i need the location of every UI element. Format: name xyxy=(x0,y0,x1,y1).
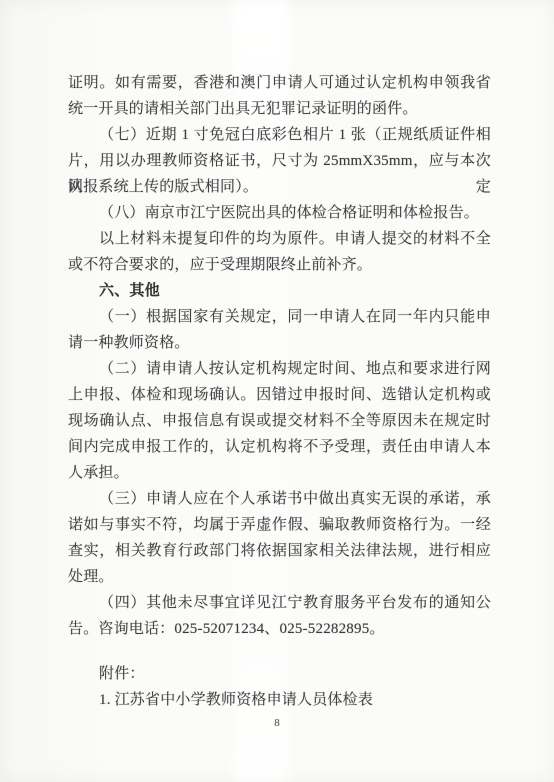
doc-text-line: 上申报、体检和现场确认。因错过申报时间、选错认定机构或 xyxy=(68,382,491,408)
doc-text-line: 统一开具的请相关部门出具无犯罪记录证明的函件。 xyxy=(68,96,491,122)
page-number: 8 xyxy=(0,717,554,729)
doc-text-line: 人承担。 xyxy=(68,460,491,486)
doc-text-line: （七）近期 1 寸免冠白底彩色相片 1 张（正规纸质证件相 xyxy=(68,122,491,148)
doc-text-line: 处理。 xyxy=(68,564,491,590)
attachment-item: 1. 江苏省中小学教师资格申请人员体检表 xyxy=(68,687,491,713)
doc-text-line: （一）根据国家有关规定，同一申请人在同一年内只能申 xyxy=(68,304,491,330)
doc-text-line: 或不符合要求的，应于受理期限终止前补齐。 xyxy=(68,252,491,278)
document-body: 证明。如有需要，香港和澳门申请人可通过认定机构申领我省 统一开具的请相关部门出具… xyxy=(68,70,491,713)
doc-text-line: 证明。如有需要，香港和澳门申请人可通过认定机构申领我省 xyxy=(68,70,491,96)
doc-text-line: 间内完成申报工作的，认定机构将不予受理，责任由申请人本 xyxy=(68,434,491,460)
doc-text-line: （二）请申请人按认定机构规定时间、地点和要求进行网 xyxy=(68,356,491,382)
doc-text-line: （三）申请人应在个人承诺书中做出真实无误的承诺，承 xyxy=(68,486,491,512)
doc-text-line: 告。咨询电话：025-52071234、025-52282895。 xyxy=(68,616,491,642)
doc-text-line: 以上材料未提复印件的均为原件。申请人提交的材料不全 xyxy=(68,226,491,252)
section-heading: 六、其他 xyxy=(68,278,491,304)
document-page: 证明。如有需要，香港和澳门申请人可通过认定机构申领我省 统一开具的请相关部门出具… xyxy=(0,0,554,782)
attachments-label: 附件： xyxy=(68,661,491,687)
doc-text-line: 片，用以办理教师资格证书，尺寸为 25mmX35mm，应与本次认定 xyxy=(68,148,491,174)
doc-text-line: （八）南京市江宁医院出具的体检合格证明和体检报告。 xyxy=(68,200,491,226)
doc-text-line: 请一种教师资格。 xyxy=(68,330,491,356)
doc-text-line: 现场确认点、申报信息有误或提交材料不全等原因未在规定时 xyxy=(68,408,491,434)
doc-text-line: 查实，相关教育行政部门将依据国家相关法律法规，进行相应 xyxy=(68,538,491,564)
doc-text-line: （四）其他未尽事宜详见江宁教育服务平台发布的通知公 xyxy=(68,590,491,616)
doc-text-line: 诺如与事实不符，均属于弄虚作假、骗取教师资格行为。一经 xyxy=(68,512,491,538)
